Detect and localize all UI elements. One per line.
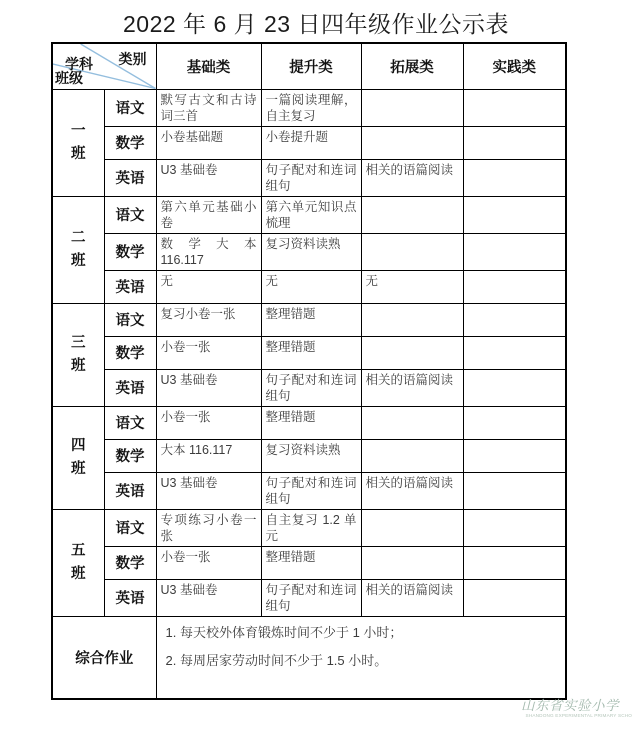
cell-expand — [361, 546, 463, 579]
table-row: 数学 大本 116.117 复习资料读熟 — [52, 439, 566, 472]
cell-expand: 相关的语篇阅读 — [361, 579, 463, 616]
table-row: 英语 U3 基础卷 句子配对和连词组句 相关的语篇阅读 — [52, 369, 566, 406]
cell-basic: 无 — [156, 270, 261, 303]
cell-improve: 整理错题 — [261, 303, 361, 336]
cell-basic: U3 基础卷 — [156, 579, 261, 616]
cell-basic: 小卷一张 — [156, 406, 261, 439]
cell-practice — [463, 369, 566, 406]
cell-improve: 第六单元知识点梳理 — [261, 196, 361, 233]
cell-expand — [361, 233, 463, 270]
cell-improve: 复习资料读熟 — [261, 439, 361, 472]
subject-label: 语文 — [104, 89, 156, 126]
table-row: 数学 小卷一张 整理错题 — [52, 546, 566, 579]
cell-improve: 无 — [261, 270, 361, 303]
class-label-5: 五班 — [52, 509, 104, 616]
table-row: 五班 语文 专项练习小卷一张 自主复习 1.2 单元 — [52, 509, 566, 546]
cell-practice — [463, 546, 566, 579]
subject-label: 数学 — [104, 233, 156, 270]
cell-practice — [463, 89, 566, 126]
class-label-4: 四班 — [52, 406, 104, 509]
watermark-english: SHANDONG EXPERIMENTAL PRIMARY SCHOOL — [526, 714, 615, 719]
cell-expand — [361, 509, 463, 546]
cell-practice — [463, 270, 566, 303]
diagonal-corner-cell: 学科 类别 班级 — [52, 43, 156, 89]
column-header-expand: 拓展类 — [361, 43, 463, 89]
cell-expand — [361, 336, 463, 369]
subject-label: 英语 — [104, 579, 156, 616]
table-row: 二班 语文 第六单元基础小卷 第六单元知识点梳理 — [52, 196, 566, 233]
column-header-practice: 实践类 — [463, 43, 566, 89]
cell-expand: 无 — [361, 270, 463, 303]
cell-improve: 句子配对和连词组句 — [261, 369, 361, 406]
corner-label-category: 类别 — [119, 52, 147, 66]
cell-basic: U3 基础卷 — [156, 369, 261, 406]
cell-practice — [463, 406, 566, 439]
cell-basic: 专项练习小卷一张 — [156, 509, 261, 546]
class-label-1: 一班 — [52, 89, 104, 196]
column-header-improve: 提升类 — [261, 43, 361, 89]
subject-label: 语文 — [104, 196, 156, 233]
cell-basic: 数学大本 116.117 — [156, 233, 261, 270]
cell-practice — [463, 472, 566, 509]
subject-label: 英语 — [104, 472, 156, 509]
table-row: 英语 无 无 无 — [52, 270, 566, 303]
column-header-basic: 基础类 — [156, 43, 261, 89]
cell-practice — [463, 126, 566, 159]
cell-basic: 小卷一张 — [156, 336, 261, 369]
cell-improve: 句子配对和连词组句 — [261, 579, 361, 616]
cell-basic: 大本 116.117 — [156, 439, 261, 472]
cell-practice — [463, 196, 566, 233]
cell-practice — [463, 579, 566, 616]
cell-expand: 相关的语篇阅读 — [361, 369, 463, 406]
subject-label: 数学 — [104, 336, 156, 369]
homework-table: 学科 类别 班级 基础类 提升类 拓展类 实践类 一班 语文 默写古文和古诗词三… — [51, 42, 567, 700]
table-row: 数学 小卷一张 整理错题 — [52, 336, 566, 369]
subject-label: 数学 — [104, 546, 156, 579]
cell-basic: 复习小卷一张 — [156, 303, 261, 336]
cell-basic: 小卷基础题 — [156, 126, 261, 159]
cell-practice — [463, 159, 566, 196]
school-watermark: 山东省实验小学 SHANDONG EXPERIMENTAL PRIMARY SC… — [513, 694, 627, 720]
subject-label: 英语 — [104, 159, 156, 196]
cell-practice — [463, 336, 566, 369]
subject-label: 数学 — [104, 126, 156, 159]
cell-practice — [463, 439, 566, 472]
cell-improve: 小卷提升题 — [261, 126, 361, 159]
cell-improve: 整理错题 — [261, 406, 361, 439]
cell-basic: 默写古文和古诗词三首 — [156, 89, 261, 126]
table-row: 数学 数学大本 116.117 复习资料读熟 — [52, 233, 566, 270]
corner-label-subject: 学科 — [65, 57, 93, 71]
cell-improve: 自主复习 1.2 单元 — [261, 509, 361, 546]
subject-label: 英语 — [104, 270, 156, 303]
page-title: 2022 年 6 月 23 日四年级作业公示表 — [0, 6, 632, 39]
cell-improve: 句子配对和连词组句 — [261, 472, 361, 509]
table-row: 英语 U3 基础卷 句子配对和连词组句 相关的语篇阅读 — [52, 579, 566, 616]
watermark-chinese: 山东省实验小学 — [513, 694, 627, 714]
summary-item-2: 2. 每周居家劳动时间不少于 1.5 小时。 — [166, 652, 557, 670]
table-row: 数学 小卷基础题 小卷提升题 — [52, 126, 566, 159]
cell-improve: 整理错题 — [261, 546, 361, 579]
table-row: 一班 语文 默写古文和古诗词三首 一篇阅读理解，自主复习 — [52, 89, 566, 126]
cell-improve: 整理错题 — [261, 336, 361, 369]
cell-expand — [361, 89, 463, 126]
cell-expand — [361, 439, 463, 472]
cell-practice — [463, 303, 566, 336]
cell-expand — [361, 196, 463, 233]
cell-basic: 小卷一张 — [156, 546, 261, 579]
subject-label: 语文 — [104, 303, 156, 336]
cell-basic: 第六单元基础小卷 — [156, 196, 261, 233]
table-row: 英语 U3 基础卷 句子配对和连词组句 相关的语篇阅读 — [52, 159, 566, 196]
cell-expand — [361, 303, 463, 336]
subject-label: 英语 — [104, 369, 156, 406]
class-label-3: 三班 — [52, 303, 104, 406]
cell-expand — [361, 406, 463, 439]
cell-improve: 句子配对和连词组句 — [261, 159, 361, 196]
cell-practice — [463, 233, 566, 270]
subject-label: 数学 — [104, 439, 156, 472]
class-label-2: 二班 — [52, 196, 104, 303]
cell-practice — [463, 509, 566, 546]
summary-label: 综合作业 — [52, 616, 156, 699]
subject-label: 语文 — [104, 406, 156, 439]
table-row: 三班 语文 复习小卷一张 整理错题 — [52, 303, 566, 336]
cell-expand: 相关的语篇阅读 — [361, 159, 463, 196]
corner-label-class: 班级 — [55, 71, 83, 85]
subject-label: 语文 — [104, 509, 156, 546]
table-row: 四班 语文 小卷一张 整理错题 — [52, 406, 566, 439]
summary-row: 综合作业 1. 每天校外体育锻炼时间不少于 1 小时； 2. 每周居家劳动时间不… — [52, 616, 566, 699]
cell-basic: U3 基础卷 — [156, 472, 261, 509]
cell-improve: 复习资料读熟 — [261, 233, 361, 270]
cell-improve: 一篇阅读理解，自主复习 — [261, 89, 361, 126]
header-row: 学科 类别 班级 基础类 提升类 拓展类 实践类 — [52, 43, 566, 89]
cell-expand: 相关的语篇阅读 — [361, 472, 463, 509]
cell-expand — [361, 126, 463, 159]
table-row: 英语 U3 基础卷 句子配对和连词组句 相关的语篇阅读 — [52, 472, 566, 509]
summary-content: 1. 每天校外体育锻炼时间不少于 1 小时； 2. 每周居家劳动时间不少于 1.… — [156, 616, 566, 699]
summary-item-1: 1. 每天校外体育锻炼时间不少于 1 小时； — [166, 624, 557, 642]
cell-basic: U3 基础卷 — [156, 159, 261, 196]
